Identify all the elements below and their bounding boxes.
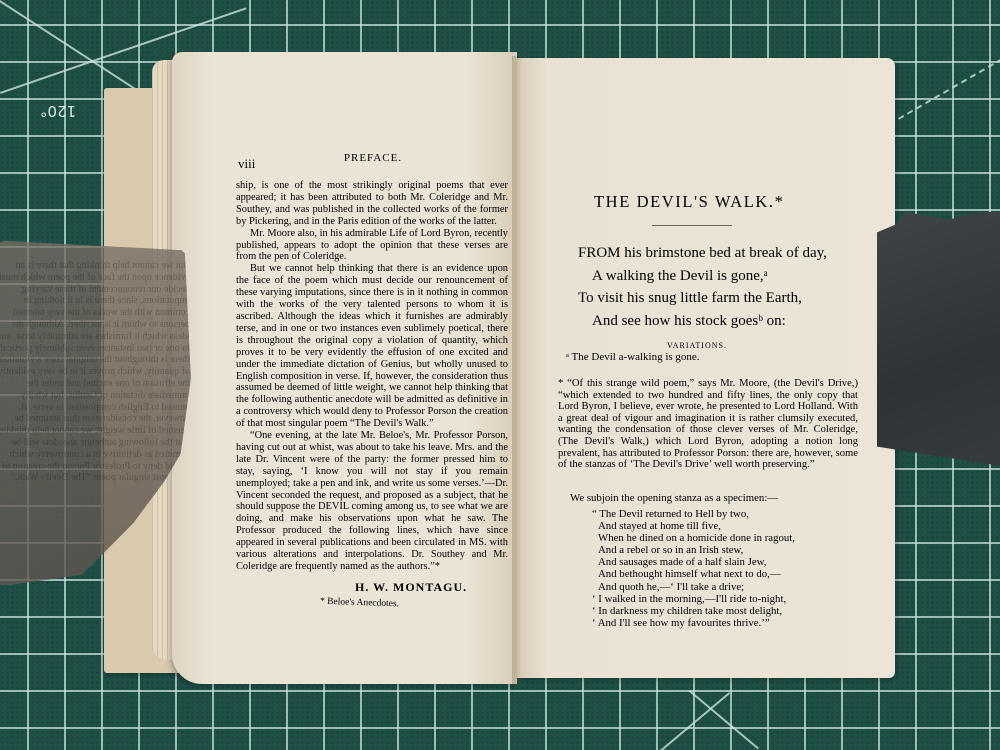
page-number: viii — [238, 156, 255, 172]
preface-text: ship, is one of the most strikingly orig… — [236, 180, 508, 573]
footnote-text: * “Of this strange wild poem,” says Mr. … — [558, 378, 858, 471]
left-running-head: viii PREFACE. — [238, 152, 508, 164]
quoted-stanza: “ The Devil returned to Hell by two, And… — [592, 508, 795, 629]
variations-heading: VARIATIONS. — [667, 341, 727, 350]
quote-line: “ The Devil returned to Hell by two, — [592, 508, 795, 520]
variation-a: ᵃ The Devil a-walking is gone. — [566, 351, 700, 363]
quote-line: And bethought himself what next to do,— — [592, 568, 795, 580]
variations-line: ᵃ The Devil a-walking is gone. ᵇ Gets. — [566, 351, 866, 363]
quote-line: And stayed at home till five, — [592, 520, 795, 532]
preface-paragraph: ship, is one of the most strikingly orig… — [236, 180, 508, 228]
quote-line: And quoth he,—‘ I'll take a drive; — [592, 581, 795, 593]
stanza-line: A walking the Devil is gone,ᵃ — [578, 265, 827, 288]
title-rule — [652, 225, 732, 226]
quote-line: ‘ And I'll see how my favourites thrive.… — [592, 617, 795, 629]
poem-title: THE DEVIL'S WALK.* — [594, 192, 785, 212]
quote-line: ‘ I walked in the morning,—I'll ride to-… — [592, 593, 795, 605]
quote-line: ‘ In darkness my children take most deli… — [592, 605, 795, 617]
preface-paragraph: Mr. Moore also, in his admirable Life of… — [236, 228, 508, 264]
mat-angle-label: 120° — [40, 102, 76, 120]
poem-stanza: FROM his brimstone bed at break of day, … — [578, 242, 827, 332]
preface-paragraph: But we cannot help thinking that there i… — [236, 263, 508, 430]
moore-footnote: * “Of this strange wild poem,” says Mr. … — [558, 378, 858, 471]
stanza-line: And see how his stock goesᵇ on: — [578, 310, 827, 333]
preface-paragraph: “One evening, at the late Mr. Beloe's, M… — [236, 430, 508, 573]
stanza-line: FROM his brimstone bed at break of day, — [578, 242, 827, 265]
author-signature: H. W. MONTAGU. — [355, 580, 467, 595]
subjoin-line: We subjoin the opening stanza as a speci… — [570, 492, 778, 504]
running-head-title: PREFACE. — [238, 152, 508, 164]
stone-weight-right — [877, 212, 1000, 467]
book-gutter — [512, 56, 522, 686]
quote-line: And a rebel or so in an Irish stew, — [592, 544, 795, 556]
quote-line: When he dined on a homicide done in rago… — [592, 532, 795, 544]
stanza-line: To visit his snug little farm the Earth, — [578, 287, 827, 310]
quote-line: And sausages made of a half slain Jew, — [592, 556, 795, 568]
